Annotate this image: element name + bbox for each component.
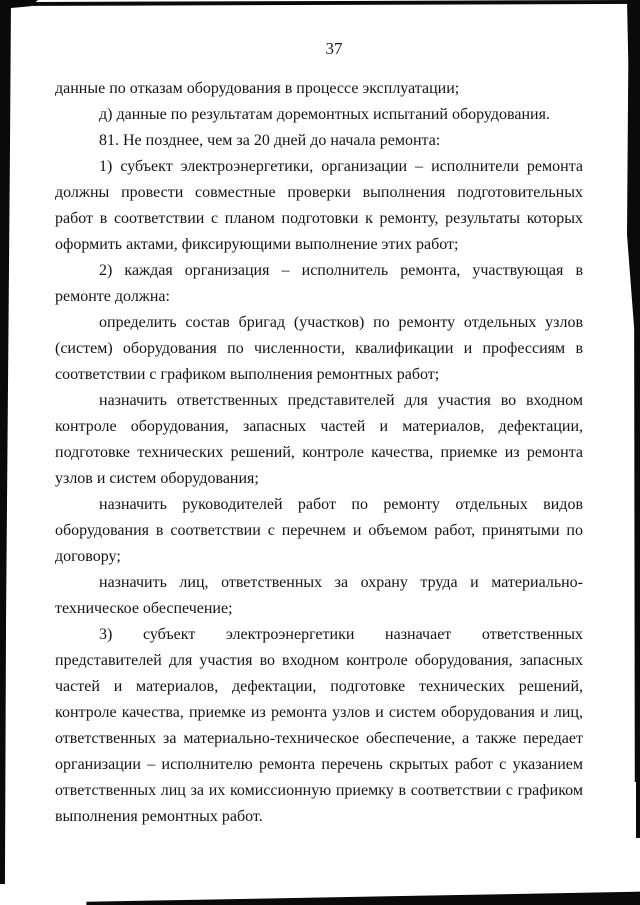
scan-edge-right-tail (636, 780, 640, 838)
paragraph-task-brigades: определить состав бригад (участков) по р… (55, 310, 583, 388)
paragraph-clause-81: 81. Не позднее, чем за 20 дней до начала… (55, 128, 583, 154)
paragraph-subclause-2: 2) каждая организация – исполнитель ремо… (55, 258, 583, 310)
paragraph-subclause-3: 3) субъект электроэнергетики назначает о… (55, 622, 583, 830)
paragraph-continuation: данные по отказам оборудования в процесс… (55, 76, 583, 102)
document-body: данные по отказам оборудования в процесс… (55, 76, 583, 830)
paragraph-task-safety: назначить лиц, ответственных за охрану т… (55, 570, 583, 622)
scanned-document-page: 37 данные по отказам оборудования в проц… (0, 0, 640, 905)
scan-edge-bottom (0, 887, 640, 905)
scan-edge-right (627, 0, 640, 782)
page-number: 37 (14, 39, 640, 59)
scan-edge-top (0, 0, 640, 6)
paragraph-subclause-1: 1) субъект электроэнергетики, организаци… (55, 154, 583, 258)
paragraph-task-supervisors: назначить руководителей работ по ремонту… (55, 492, 583, 570)
paragraph-task-representatives: назначить ответственных представителей д… (55, 388, 583, 492)
paragraph-item-d: д) данные по результатам доремонтных исп… (55, 102, 583, 128)
scan-edge-left (0, 0, 11, 884)
